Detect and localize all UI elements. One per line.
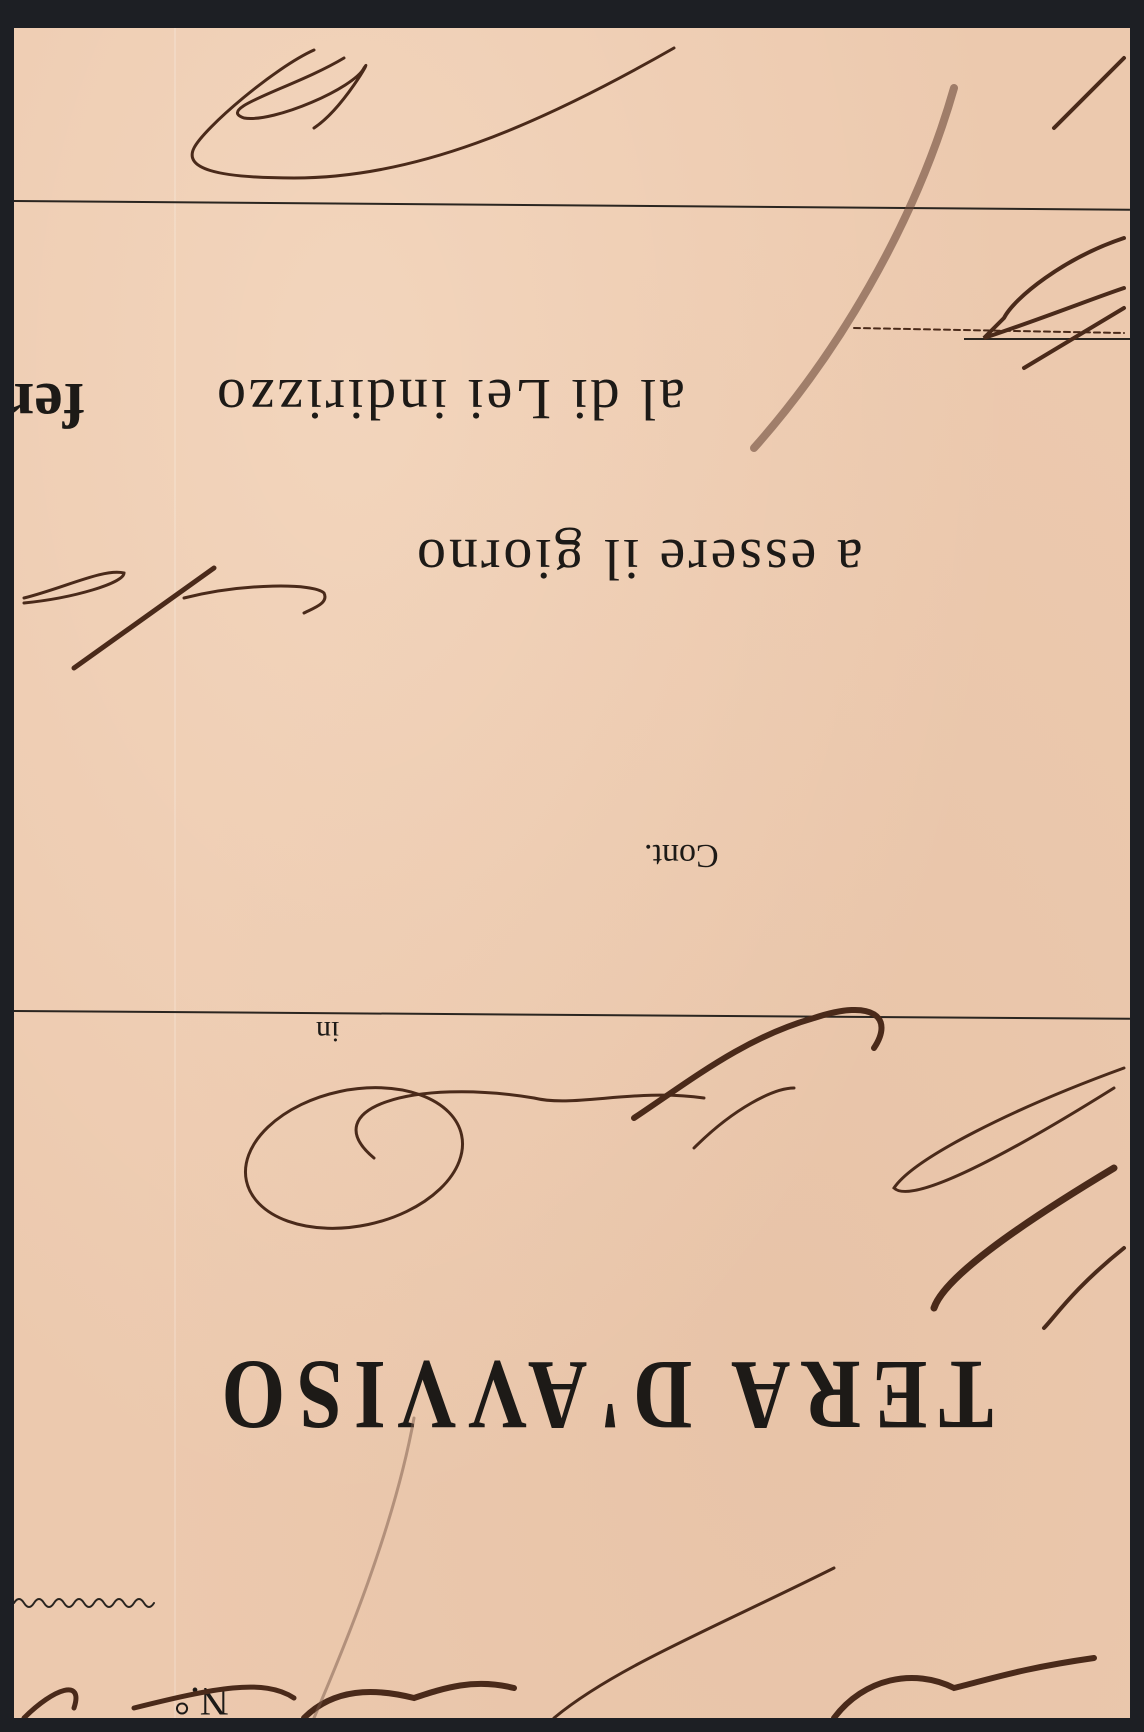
printed-rule-middle (14, 1010, 1130, 1020)
printed-rule-short (964, 338, 1130, 340)
printed-fragment-fer: fer (14, 368, 84, 442)
printed-cont: Cont. (644, 836, 719, 874)
printed-number-label: N.° (174, 1678, 229, 1718)
printed-in: in (316, 1014, 339, 1048)
document-paper: fer al di Lei indirizzo a essere il gior… (14, 28, 1130, 1718)
printed-line-indirizzo: al di Lei indirizzo (214, 366, 685, 433)
printed-rule-top (14, 200, 1130, 211)
handwriting-layer (14, 28, 1130, 1718)
printed-title: TERA D'AVVISO (210, 1338, 993, 1453)
printed-line-giorno: a essere il giorno (414, 526, 863, 593)
fold-crease (174, 28, 176, 1718)
